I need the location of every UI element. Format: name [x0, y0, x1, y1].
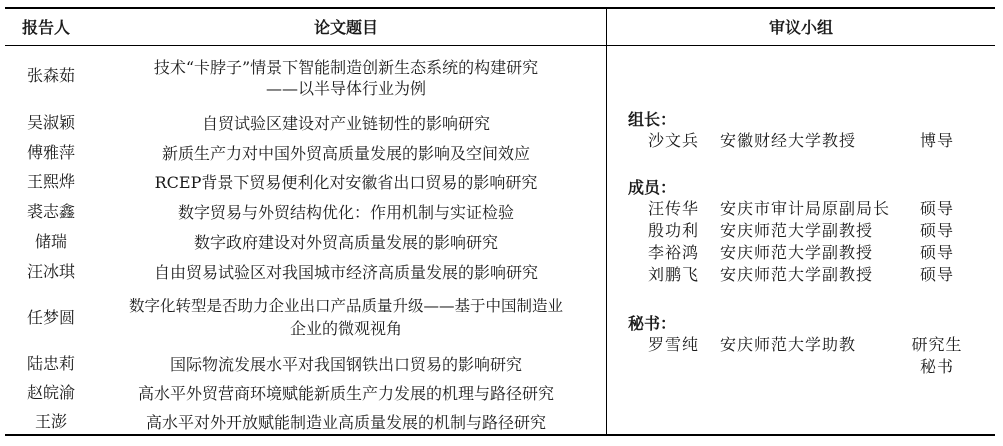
header-title: 论文题目 [92, 18, 600, 38]
member-name: 刘鹏飞 [648, 264, 699, 286]
member-role-line2: 秘书 [902, 356, 972, 378]
member-name: 罗雪纯 [648, 334, 699, 356]
member-name: 李裕鸿 [648, 242, 699, 264]
table-bottom-rule [5, 434, 995, 436]
member-role: 硕导 [902, 242, 972, 264]
member-name: 殷功利 [648, 220, 699, 242]
member-affiliation: 安庆师范大学助教 [720, 334, 856, 356]
header-bottom-rule [5, 45, 995, 46]
column-divider [606, 9, 607, 434]
reporter-name: 储瑞 [10, 232, 92, 252]
reporter-name: 汪冰琪 [10, 262, 92, 282]
reporter-name: 王澎 [10, 412, 92, 432]
paper-title-subtitle: ——以半导体行业为例 [92, 78, 600, 99]
members-label: 成员： [628, 178, 676, 198]
member-role: 硕导 [902, 220, 972, 242]
paper-title: 数字贸易与外贸结构优化：作用机制与实证检验 [92, 202, 600, 223]
reporter-name: 傅雅萍 [10, 143, 92, 163]
member-affiliation: 安徽财经大学教授 [720, 130, 856, 152]
paper-title: 自贸试验区建设对产业链韧性的影响研究 [92, 113, 600, 134]
member-role: 硕导 [902, 198, 972, 220]
member-affiliation: 安庆市审计局原副局长 [720, 198, 890, 220]
header-reporter: 报告人 [22, 18, 70, 38]
member-name: 沙文兵 [648, 130, 699, 152]
paper-title: 数字化转型是否助力企业出口产品质量升级——基于中国制造业 [92, 296, 600, 317]
paper-title: 数字政府建设对外贸高质量发展的影响研究 [92, 232, 600, 253]
header-panel: 审议小组 [607, 18, 995, 38]
reporter-name: 任梦圆 [10, 308, 92, 328]
reporter-name: 陆忠莉 [10, 354, 92, 374]
member-role: 研究生 [902, 334, 972, 356]
reporter-name: 王熙烨 [10, 172, 92, 192]
member-affiliation: 安庆师范大学副教授 [720, 220, 873, 242]
paper-title: 国际物流发展水平对我国钢铁出口贸易的影响研究 [92, 354, 600, 375]
paper-title: 自由贸易试验区对我国城市经济高质量发展的影响研究 [92, 262, 600, 283]
member-name: 汪传华 [648, 198, 699, 220]
paper-title: 技术“卡脖子”情景下智能制造创新生态系统的构建研究 [92, 57, 600, 78]
paper-title: 高水平外贸营商环境赋能新质生产力发展的机理与路径研究 [92, 383, 600, 404]
paper-title: RCEP背景下贸易便利化对安徽省出口贸易的影响研究 [92, 172, 600, 193]
member-role: 博导 [902, 130, 972, 152]
secretary-label: 秘书： [628, 314, 676, 334]
reporter-name: 赵皖渝 [10, 383, 92, 403]
table-top-rule [5, 7, 995, 9]
leader-label: 组长： [628, 110, 676, 130]
paper-title-continuation: 企业的微观视角 [92, 318, 600, 339]
reporter-name: 张森茹 [10, 66, 92, 86]
member-affiliation: 安庆师范大学副教授 [720, 264, 873, 286]
reporter-name: 裘志鑫 [10, 202, 92, 222]
member-role: 硕导 [902, 264, 972, 286]
reporter-name: 吴淑颖 [10, 113, 92, 133]
paper-title: 新质生产力对中国外贸高质量发展的影响及空间效应 [92, 143, 600, 164]
member-affiliation: 安庆师范大学副教授 [720, 242, 873, 264]
paper-title: 高水平对外开放赋能制造业高质量发展的机制与路径研究 [92, 412, 600, 433]
